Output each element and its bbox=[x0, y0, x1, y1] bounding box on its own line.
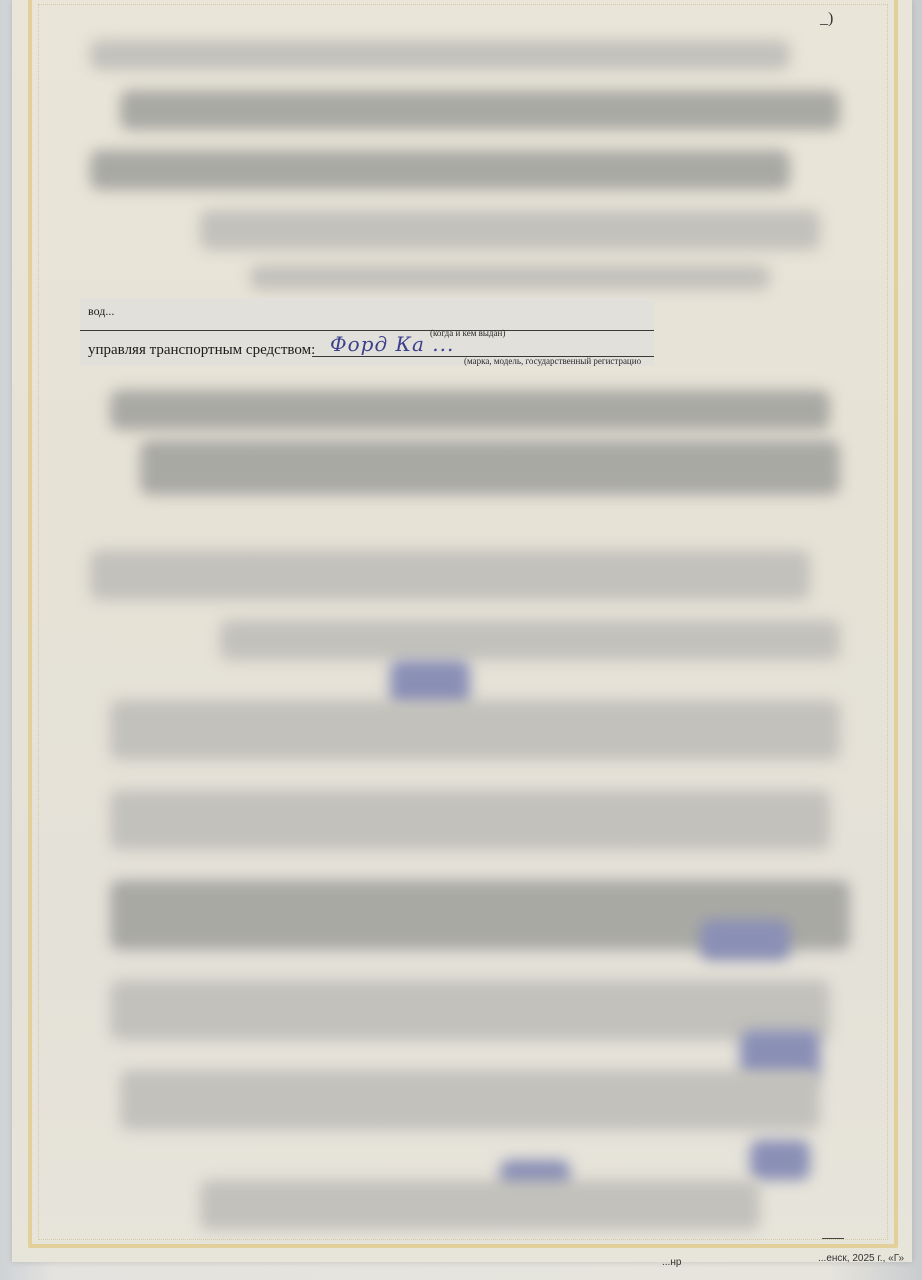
vehicle-caption: (марка, модель, государственный регистра… bbox=[464, 356, 641, 366]
redacted-text-block bbox=[120, 90, 840, 130]
redacted-text-block bbox=[90, 150, 790, 190]
footer-left-fragment: ...нр bbox=[662, 1257, 681, 1268]
visible-field-strip: вод... (когда и кем выдан) управляя тран… bbox=[80, 298, 654, 366]
vehicle-value-handwritten: Форд Ка ... bbox=[330, 332, 454, 356]
footer-right-fragment: ...енск, 2025 г., «Г» bbox=[818, 1253, 904, 1264]
redacted-text-block bbox=[120, 1070, 820, 1130]
redacted-text-block bbox=[220, 620, 840, 660]
redacted-text-block bbox=[110, 790, 830, 850]
redacted-text-block bbox=[250, 265, 770, 290]
vehicle-label: управляя транспортным средством: bbox=[88, 342, 315, 359]
top-right-mark: _) bbox=[820, 10, 833, 28]
redacted-text-block bbox=[90, 40, 790, 70]
redacted-text-block bbox=[140, 440, 840, 495]
underline bbox=[80, 330, 654, 331]
driver-label-fragment: вод... bbox=[88, 304, 114, 319]
redacted-text-block bbox=[110, 700, 840, 760]
redacted-handwriting bbox=[750, 1140, 810, 1180]
redacted-text-block bbox=[90, 550, 810, 600]
footer-dash bbox=[822, 1238, 844, 1239]
redacted-text-block bbox=[110, 980, 830, 1040]
redacted-text-block bbox=[200, 210, 820, 250]
redacted-text-block bbox=[200, 1180, 760, 1230]
redacted-handwriting bbox=[700, 920, 790, 960]
redacted-text-block bbox=[110, 390, 830, 430]
